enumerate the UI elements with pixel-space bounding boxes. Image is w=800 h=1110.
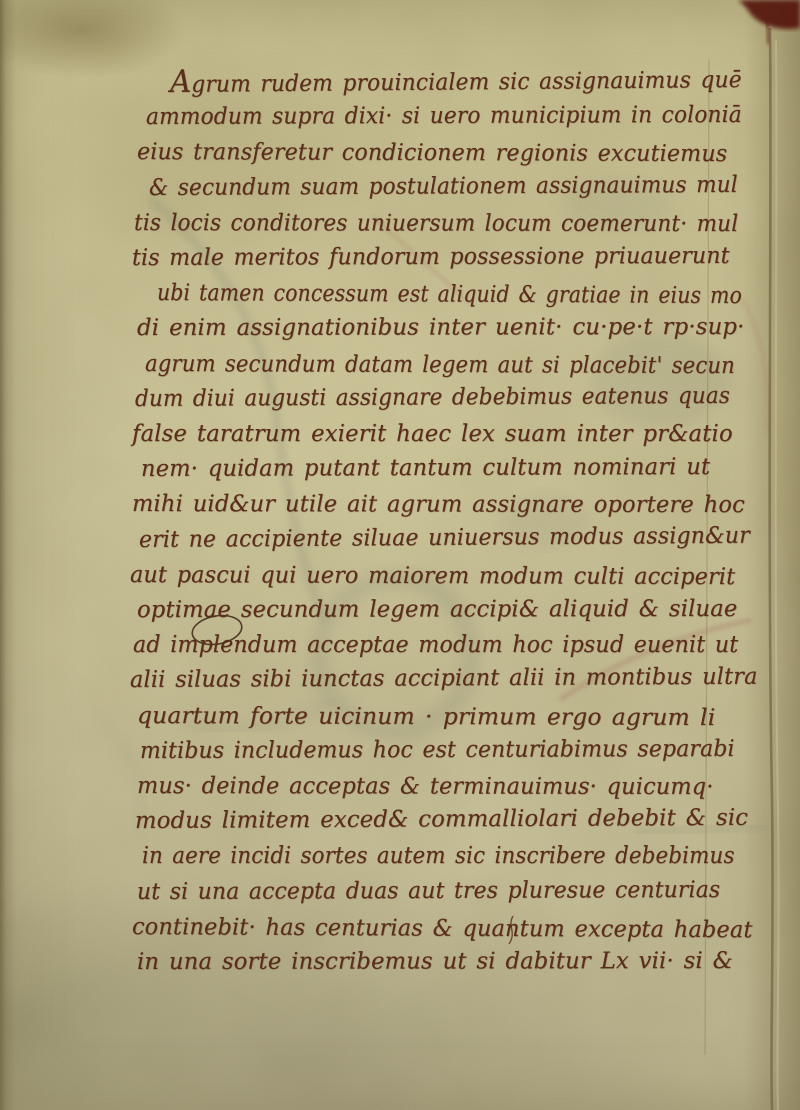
manuscript-line-25: continebit· has centurias & quantum exce…: [132, 912, 753, 945]
manuscript-line-17: ad implendum acceptae modum hoc ipsud eu…: [133, 630, 738, 660]
manuscript-line-18: alii siluas sibi iunctas accipiant alii …: [130, 662, 758, 695]
manuscript-line-14: erit ne accipiente siluae uniuersus modu…: [139, 520, 750, 554]
manuscript-line-5: tis locis conditores uniuersum locum coe…: [134, 208, 738, 239]
manuscript-line-22: modus limitem exced& commalliolari debeb…: [135, 803, 748, 836]
manuscript-line-23: in aere incidi sortes autem sic inscribe…: [142, 841, 735, 871]
text-block: Agrum rudem prouincialem sic assignauimu…: [0, 0, 800, 1110]
manuscript-line-4: & secundum suam postulationem assignauim…: [149, 170, 738, 203]
manuscript-line-9: agrum secundum datam legem aut si placeb…: [145, 349, 735, 381]
manuscript-line-2: ammodum supra dixi· si uero municipium i…: [146, 100, 742, 132]
manuscript-line-20: mitibus includemus hoc est centuriabimus…: [140, 734, 735, 766]
manuscript-line-8: di enim assignationibus inter uenit· cu·…: [137, 312, 745, 343]
manuscript-line-6: tis male meritos fundorum possessione pr…: [132, 241, 730, 273]
manuscript-line-26: in una sorte inscribemus ut si dabitur L…: [137, 946, 733, 977]
manuscript-line-19: quartum forte uicinum · primum ergo agru…: [137, 701, 715, 733]
manuscript-line-13: mihi uid&ur utile ait agrum assignare op…: [132, 489, 745, 520]
manuscript-line-16: optimae secundum legem accipi& aliquid &…: [137, 594, 738, 625]
manuscript-line-12: nem· quidam putant tantum cultum nominar…: [141, 452, 710, 484]
manuscript-line-21: mus· deinde acceptas & terminauimus· qui…: [137, 771, 714, 802]
manuscript-line-10: dum diui augusti assignare debebimus eat…: [135, 381, 730, 414]
manuscript-line-15: aut pascui qui uero maiorem modum culti …: [130, 560, 735, 592]
manuscript-line-3: eius transferetur condicionem regionis e…: [137, 137, 727, 169]
manuscript-line-24: ut si una accepta duas aut tres pluresue…: [137, 875, 720, 907]
manuscript-line-1: Agrum rudem prouincialem sic assignauimu…: [170, 62, 742, 100]
manuscript-page: Agrum rudem prouincialem sic assignauimu…: [0, 0, 800, 1110]
manuscript-line-7: ubi tamen concessum est aliquid & gratia…: [157, 278, 742, 311]
manuscript-line-11: false taratrum exierit haec lex suam int…: [132, 419, 733, 449]
